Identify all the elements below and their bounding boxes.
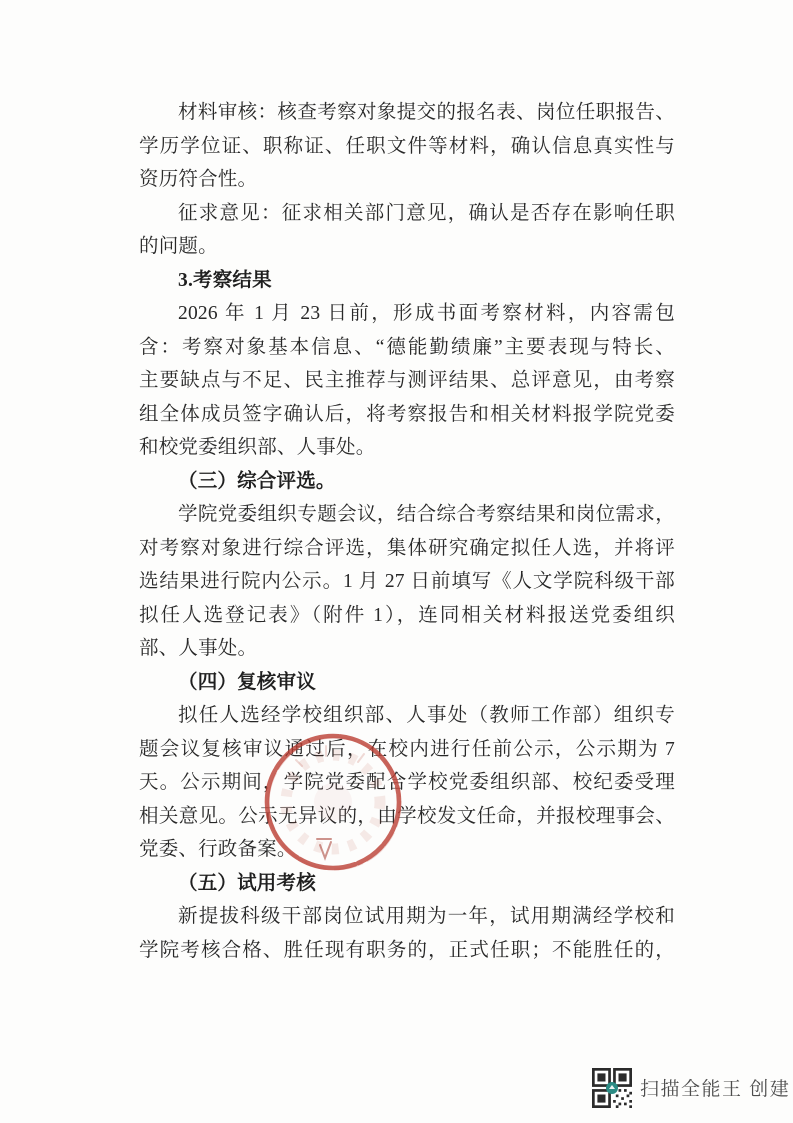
document-line: 相关意见。公示无异议的，由学校发文任命，并报校理事会、 (139, 800, 675, 834)
document-line: 拟任人选登记表》（附件 1），连同相关材料报送党委组织 (139, 599, 675, 633)
scanned-document-page: 材料审核：核查考察对象提交的报名表、岗位任职报告、 学历学位证、职称证、任职文件… (0, 0, 793, 1123)
section-heading: （五）试用考核 (139, 867, 675, 901)
document-line: 对考察对象进行综合评选，集体研究确定拟任人选，并将评 (139, 532, 675, 566)
document-line: 的问题。 (139, 230, 675, 264)
document-line: 党委、行政备案。 (139, 833, 675, 867)
qr-code-icon (592, 1068, 632, 1108)
document-line: 征求意见：征求相关部门意见，确认是否存在影响任职 (139, 197, 675, 231)
document-text: 材料审核：核查考察对象提交的报名表、岗位任职报告、 学历学位证、职称证、任职文件… (139, 96, 675, 967)
document-line: 含：考察对象基本信息、“德能勤绩廉”主要表现与特长、 (139, 331, 675, 365)
document-line: 学历学位证、职称证、任职文件等材料，确认信息真实性与 (139, 130, 675, 164)
section-heading: （四）复核审议 (139, 666, 675, 700)
document-line: 题会议复核审议通过后，在校内进行任前公示，公示期为 7 (139, 733, 675, 767)
document-line: 学院考核合格、胜任现有职务的，正式任职；不能胜任的， (139, 934, 675, 968)
document-line: 材料审核：核查考察对象提交的报名表、岗位任职报告、 (139, 96, 675, 130)
document-line: 部、人事处。 (139, 632, 675, 666)
document-line: 选结果进行院内公示。1 月 27 日前填写《人文学院科级干部 (139, 565, 675, 599)
document-line: 天。公示期间，学院党委配合学校党委组织部、校纪委受理 (139, 766, 675, 800)
document-line: 拟任人选经学校组织部、人事处（教师工作部）组织专 (139, 699, 675, 733)
document-line: 2026 年 1 月 23 日前，形成书面考察材料，内容需包 (139, 297, 675, 331)
document-line: 主要缺点与不足、民主推荐与测评结果、总评意见，由考察 (139, 364, 675, 398)
section-heading: 3.考察结果 (139, 264, 675, 298)
scanner-watermark-label: 扫描全能王 创建 (640, 1077, 790, 1103)
document-line: 学院党委组织专题会议，结合综合考察结果和岗位需求， (139, 498, 675, 532)
document-line: 资历符合性。 (139, 163, 675, 197)
document-line: 新提拔科级干部岗位试用期为一年，试用期满经学校和 (139, 900, 675, 934)
document-line: 组全体成员签字确认后，将考察报告和相关材料报学院党委 (139, 398, 675, 432)
document-line: 和校党委组织部、人事处。 (139, 431, 675, 465)
section-heading: （三）综合评选。 (139, 465, 675, 499)
